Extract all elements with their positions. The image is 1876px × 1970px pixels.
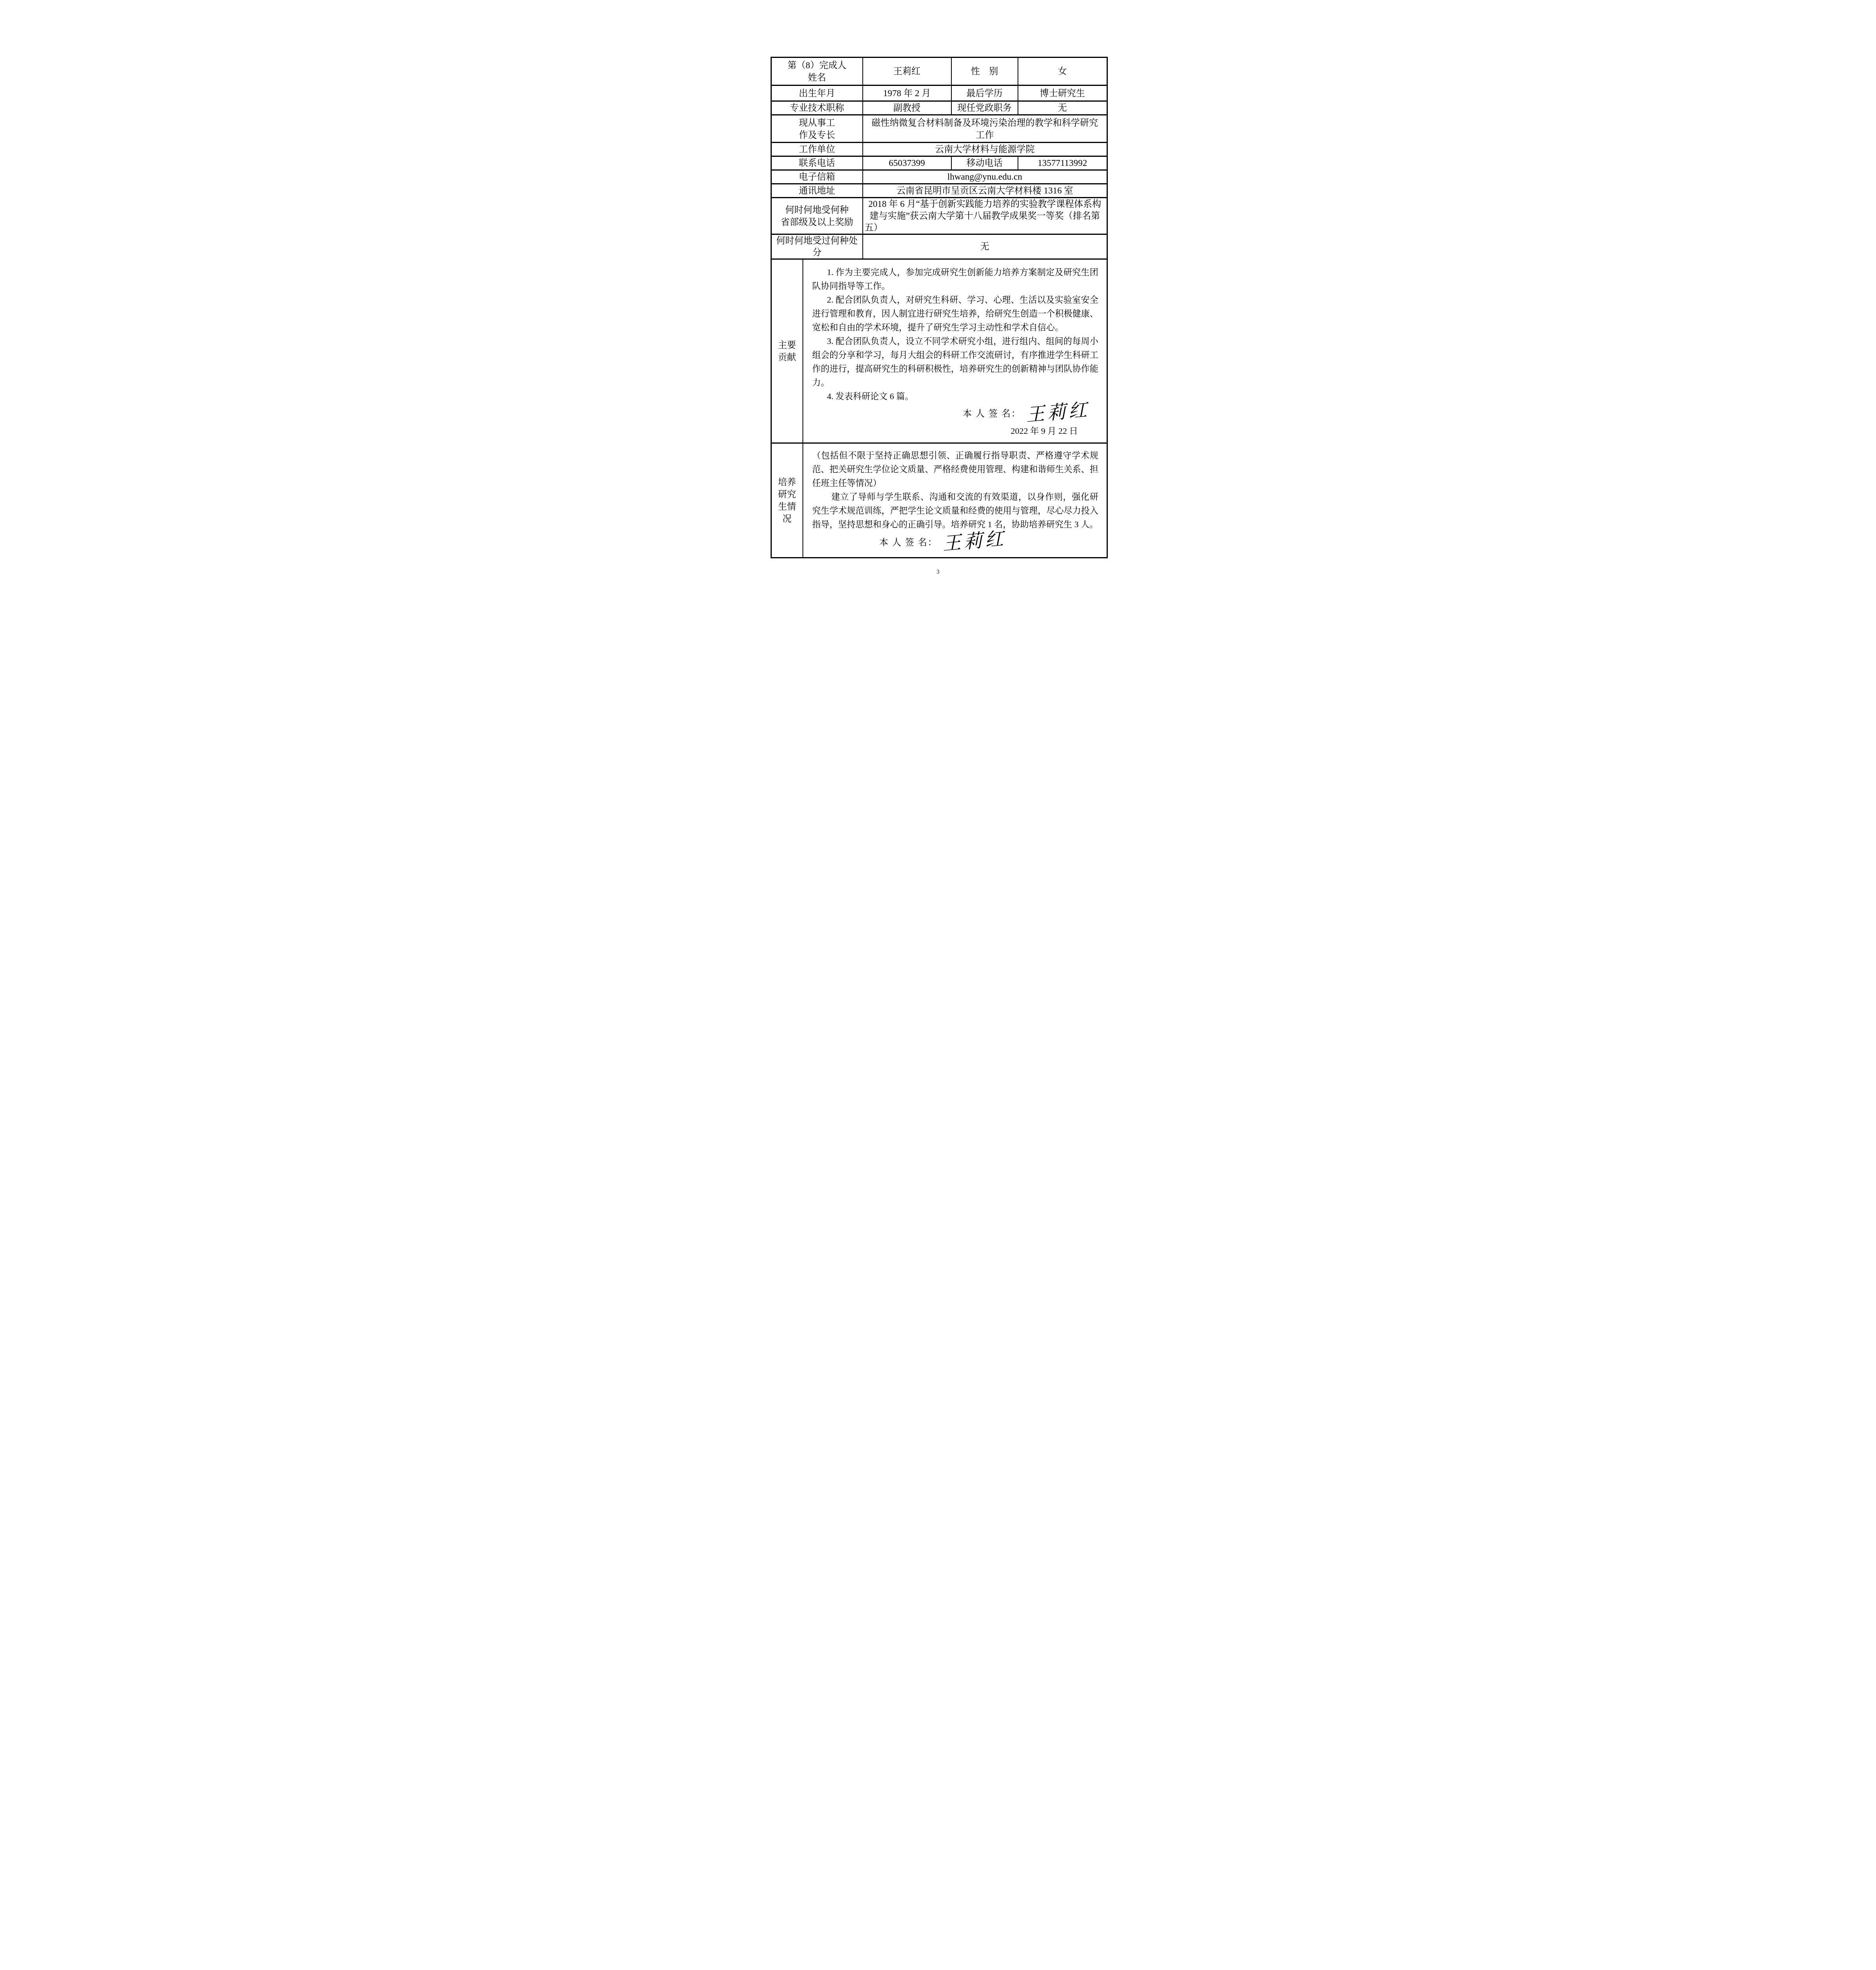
row-address: 通讯地址 云南省昆明市呈贡区云南大学材料楼 1316 室 xyxy=(771,184,1107,198)
cultivation-label: 培养 研究 生情 况 xyxy=(771,443,803,558)
prof-title-label: 专业技术职称 xyxy=(771,101,863,115)
contributions-label-line2: 贡献 xyxy=(773,351,801,363)
current-work-label-line1: 现从事工 xyxy=(773,117,861,129)
handwritten-signature: 王莉红 xyxy=(942,529,1010,554)
mobile-value: 13577113992 xyxy=(1018,156,1107,170)
gender-value: 女 xyxy=(1018,58,1107,85)
row-phone: 联系电话 65037399 移动电话 13577113992 xyxy=(771,156,1107,170)
page-number: 3 xyxy=(721,569,1155,576)
current-work-value: 磁性纳微复合材料制备及环境污染治理的教学和科学研究工作 xyxy=(863,115,1107,143)
personnel-form-table: 第（8）完成人 姓名 王莉红 性 别 女 出生年月 1978 年 2 月 最后学… xyxy=(771,57,1108,558)
cultivation-label-line1: 培养 xyxy=(773,476,801,488)
signature-date: 2022 年 9 月 22 日 xyxy=(812,424,1099,438)
row-work-unit: 工作单位 云南大学材料与能源学院 xyxy=(771,143,1107,156)
contributions-label-line1: 主要 xyxy=(773,339,801,351)
current-work-label: 现从事工 作及专长 xyxy=(771,115,863,143)
row-current-work: 现从事工 作及专长 磁性纳微复合材料制备及环境污染治理的教学和科学研究工作 xyxy=(771,115,1107,143)
name-label: 第（8）完成人 姓名 xyxy=(771,58,863,85)
birth-value: 1978 年 2 月 xyxy=(863,85,951,101)
email-value: lhwang@ynu.edu.cn xyxy=(863,170,1107,184)
name-value: 王莉红 xyxy=(863,58,951,85)
current-work-label-line2: 作及专长 xyxy=(773,129,861,141)
cultivation-content: （包括但不限于坚持正确思想引领、正确履行指导职责、严格遵守学术规范、把关研究生学… xyxy=(803,443,1107,558)
email-label: 电子信箱 xyxy=(771,170,863,184)
punishment-label: 何时何地受过何种处分 xyxy=(771,234,863,259)
signature-line: 本 人 签 名： 王莉红 xyxy=(812,531,1099,554)
cultivation-paragraph: 建立了导师与学生联系、沟通和交流的有效渠道，以身作则，强化研究生学术规范训练，严… xyxy=(812,490,1099,531)
row-title: 专业技术职称 副教授 现任党政职务 无 xyxy=(771,101,1107,115)
cultivation-label-line2: 研究 xyxy=(773,488,801,500)
party-post-label: 现任党政职务 xyxy=(951,101,1018,115)
work-unit-label: 工作单位 xyxy=(771,143,863,156)
work-unit-value: 云南大学材料与能源学院 xyxy=(863,143,1107,156)
cultivation-label-line3: 生情 xyxy=(773,500,801,513)
awards-label: 何时何地受何种 省部级及以上奖励 xyxy=(771,198,863,234)
signature-label: 本 人 签 名： xyxy=(963,408,1021,420)
contribution-paragraph: 1. 作为主要完成人，参加完成研究生创新能力培养方案制定及研究生团队协同指导等工… xyxy=(812,265,1099,293)
awards-value: 2018 年 6 月“基于创新实践能力培养的实验教学课程体系构建与实施”获云南大… xyxy=(863,198,1107,234)
education-value: 博士研究生 xyxy=(1018,85,1107,101)
address-value: 云南省昆明市呈贡区云南大学材料楼 1316 室 xyxy=(863,184,1107,198)
cultivation-paragraph: （包括但不限于坚持正确思想引领、正确履行指导职责、严格遵守学术规范、把关研究生学… xyxy=(812,448,1099,490)
row-email: 电子信箱 lhwang@ynu.edu.cn xyxy=(771,170,1107,184)
row-punishment: 何时何地受过何种处分 无 xyxy=(771,234,1107,259)
phone-value: 65037399 xyxy=(863,156,951,170)
name-label-line2: 姓名 xyxy=(773,71,861,84)
contribution-paragraph: 3. 配合团队负责人，设立不同学术研究小组，进行组内、组间的每周小组会的分享和学… xyxy=(812,334,1099,389)
punishment-value: 无 xyxy=(863,234,1107,259)
handwritten-signature: 王莉红 xyxy=(1026,400,1093,425)
awards-label-line2: 省部级及以上奖励 xyxy=(773,216,861,228)
document-page: 第（8）完成人 姓名 王莉红 性 别 女 出生年月 1978 年 2 月 最后学… xyxy=(721,0,1155,613)
row-cultivation: 培养 研究 生情 况 （包括但不限于坚持正确思想引领、正确履行指导职责、严格遵守… xyxy=(771,443,1107,558)
row-awards: 何时何地受何种 省部级及以上奖励 2018 年 6 月“基于创新实践能力培养的实… xyxy=(771,198,1107,234)
signature-label: 本 人 签 名： xyxy=(879,537,938,548)
birth-label: 出生年月 xyxy=(771,85,863,101)
name-label-line1: 第（8）完成人 xyxy=(773,59,861,71)
prof-title-value: 副教授 xyxy=(863,101,951,115)
contributions-label: 主要 贡献 xyxy=(771,259,803,443)
address-label: 通讯地址 xyxy=(771,184,863,198)
party-post-value: 无 xyxy=(1018,101,1107,115)
signature-line: 本 人 签 名： 王莉红 xyxy=(812,403,1099,424)
mobile-label: 移动电话 xyxy=(951,156,1018,170)
contribution-paragraph: 4. 发表科研论文 6 篇。 xyxy=(812,389,1099,403)
row-name: 第（8）完成人 姓名 王莉红 性 别 女 xyxy=(771,58,1107,85)
awards-label-line1: 何时何地受何种 xyxy=(773,204,861,216)
cultivation-label-line4: 况 xyxy=(773,513,801,525)
contributions-content: 1. 作为主要完成人，参加完成研究生创新能力培养方案制定及研究生团队协同指导等工… xyxy=(803,259,1107,443)
education-label: 最后学历 xyxy=(951,85,1018,101)
phone-label: 联系电话 xyxy=(771,156,863,170)
row-contributions: 主要 贡献 1. 作为主要完成人，参加完成研究生创新能力培养方案制定及研究生团队… xyxy=(771,259,1107,443)
row-birth: 出生年月 1978 年 2 月 最后学历 博士研究生 xyxy=(771,85,1107,101)
gender-label: 性 别 xyxy=(951,58,1018,85)
contribution-paragraph: 2. 配合团队负责人，对研究生科研、学习、心理、生活以及实验室安全进行管理和教育… xyxy=(812,293,1099,334)
